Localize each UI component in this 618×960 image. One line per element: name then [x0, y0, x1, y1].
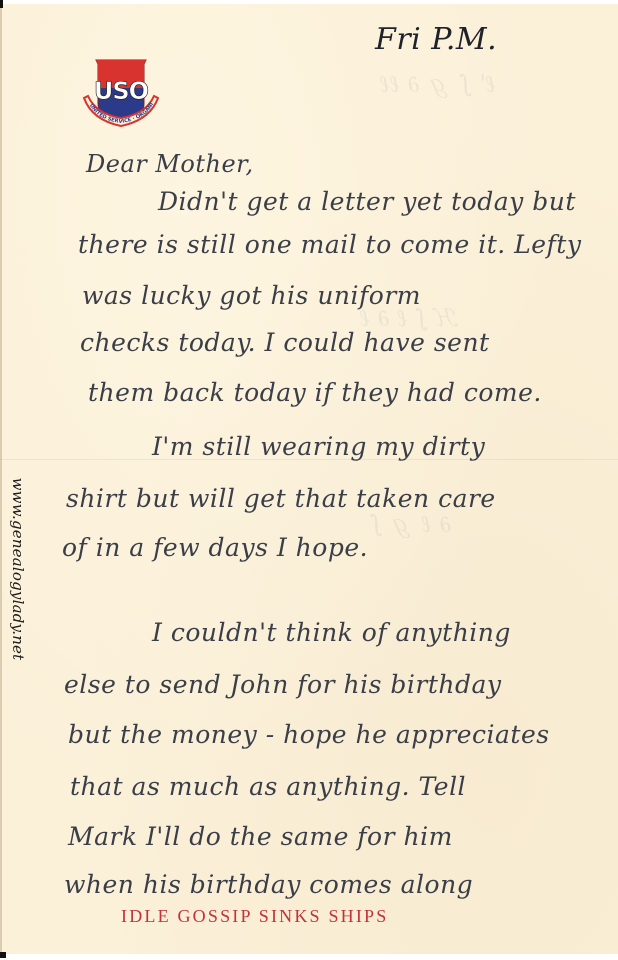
- letter-line: checks today. I could have sent: [80, 328, 490, 357]
- letter-line: Mark I'll do the same for him: [68, 822, 453, 851]
- letter-line: there is still one mail to come it. Left…: [78, 230, 581, 259]
- letter-line: I'm still wearing my dirty: [152, 432, 485, 461]
- letter-line: I couldn't think of anything: [152, 618, 511, 647]
- letter-line: that as much as anything. Tell: [70, 772, 466, 801]
- svg-text:USO: USO: [94, 77, 149, 105]
- letter-line: shirt but will get that taken care: [66, 484, 496, 513]
- footer-slogan: IDLE GOSSIP SINKS SHIPS: [121, 906, 388, 927]
- letter-line: of in a few days I hope.: [62, 533, 368, 562]
- watermark-url: www.genealogylady.net: [8, 469, 28, 669]
- letter-line: them back today if they had come.: [88, 378, 542, 407]
- letter-page: ℓ' ∫ ℊ ∂ ℓℓ ℋ ∫ ℓ ∂ ℓ ∂ ℓ ℊ ∫ USO UNITED…: [0, 4, 618, 954]
- letter-line: but the money - hope he appreciates: [68, 720, 550, 749]
- letter-line: when his birthday comes along: [64, 870, 473, 899]
- letter-line: else to send John for his birthday: [64, 670, 502, 699]
- scan-edge-mark: [0, 952, 6, 958]
- letter-line: was lucky got his uniform: [82, 281, 421, 310]
- bleed-through-text: ℓ' ∫ ℊ ∂ ℓℓ: [380, 64, 496, 99]
- uso-logo-icon: USO UNITED SERVICE · ORGANIZATIONS: [82, 54, 160, 130]
- letter-line: Didn't get a letter yet today but: [158, 187, 576, 216]
- scan-edge-mark: [0, 0, 3, 8]
- letter-salutation: Dear Mother,: [86, 150, 254, 178]
- letter-date: Fri P.M.: [375, 22, 497, 57]
